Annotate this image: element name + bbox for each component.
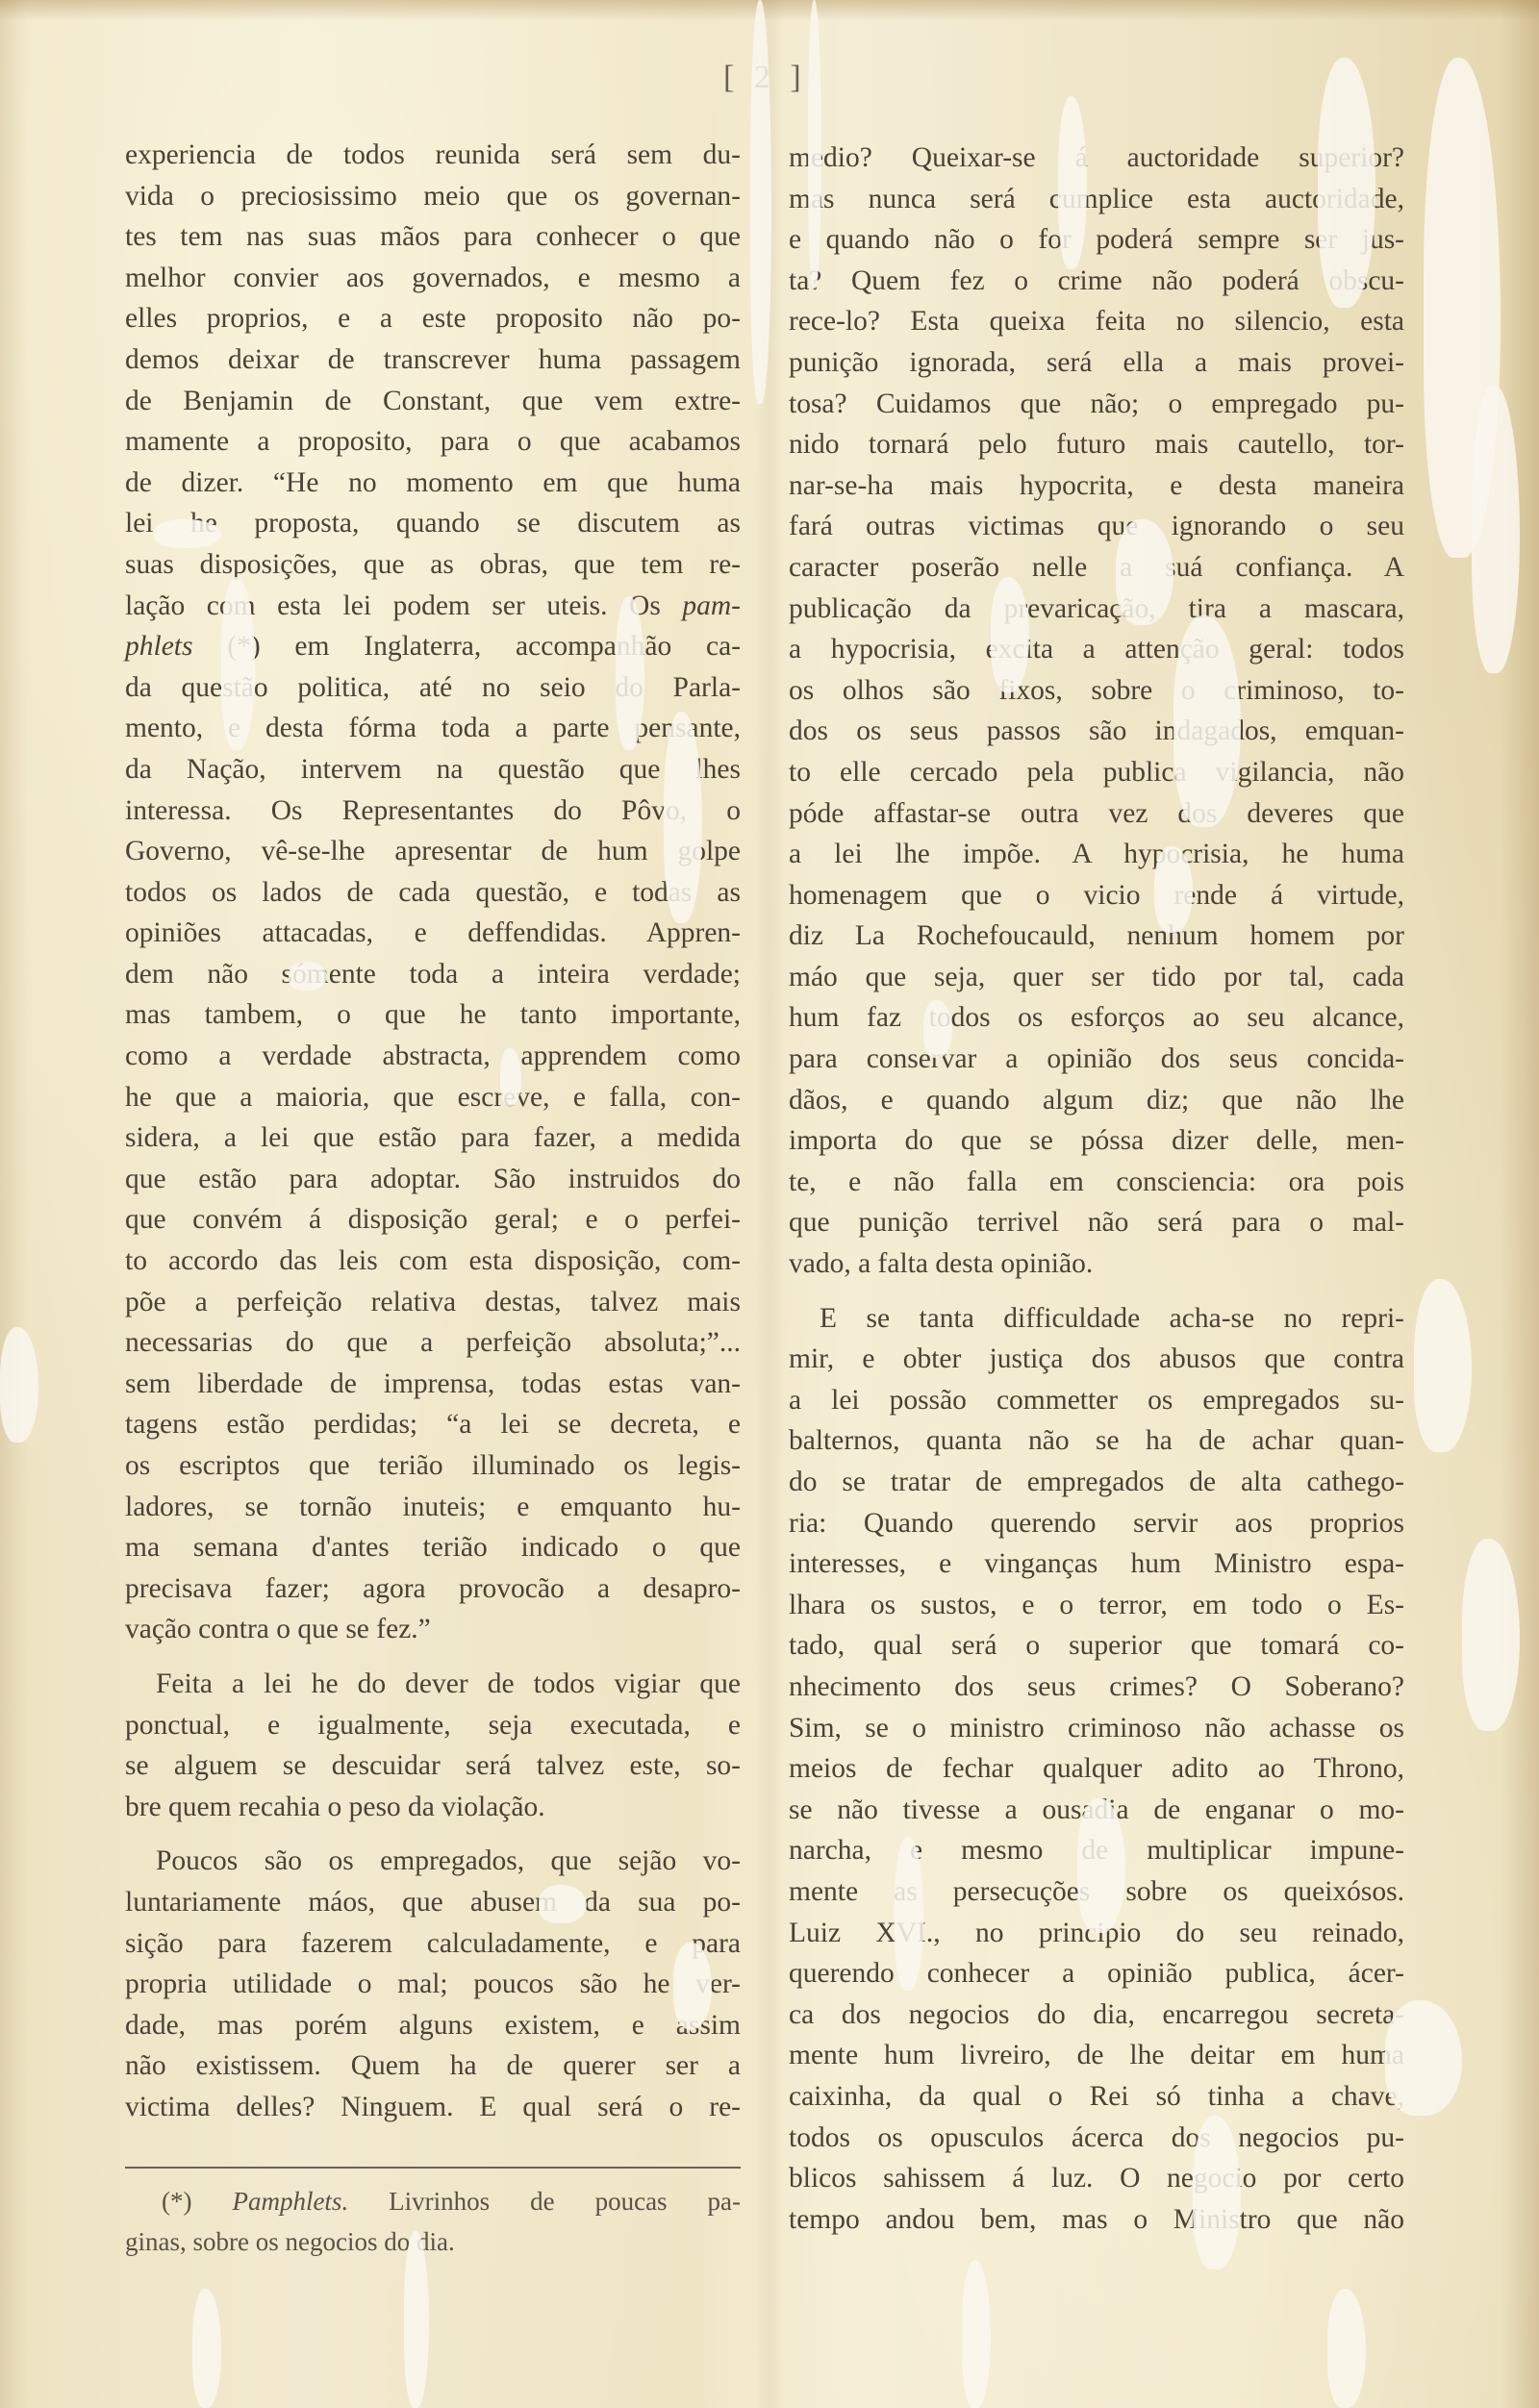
right-line: querendo conhecer a opinião publica, áce… [789, 1953, 1404, 1994]
newspaper-page: [ 2 ] experiencia de todos reunida será … [0, 0, 1539, 2408]
left-line: mamente a proposito, para o que acabamos [125, 421, 741, 463]
right-line: meios de fechar qualquer adito ao Throno… [789, 1748, 1404, 1790]
left-line: mas tambem, o que he tanto importante, [125, 994, 741, 1036]
paper-stain [1424, 58, 1501, 558]
page-number: [ 2 ] [723, 60, 807, 96]
right-line: blicos sahissem á luz. O negocio por cer… [789, 2158, 1404, 2199]
left-line: que convém á disposição geral; e o perfe… [125, 1199, 741, 1241]
left-line: tes tem nas suas mãos para conhecer o qu… [125, 216, 741, 258]
paper-stain [962, 2260, 991, 2408]
right-line: ca dos negocios do dia, encarregou secre… [789, 1994, 1404, 2036]
left-line: de Benjamin de Constant, que vem extre- [125, 381, 741, 422]
right-line: to elle cercado pela publica vigilancia,… [789, 752, 1404, 793]
right-line: todos os opusculos ácerca dos negocios p… [789, 2118, 1404, 2159]
left-line: lação com esta lei podem ser uteis. Os p… [125, 586, 741, 627]
left-line: se alguem se descuidar será talvez este,… [125, 1745, 741, 1787]
right-line: vado, a falta desta opinião. [789, 1243, 1404, 1285]
right-line: os olhos são fixos, sobre o criminoso, t… [789, 670, 1404, 712]
left-line: sidera, a lei que estão para fazer, a me… [125, 1117, 741, 1159]
right-line: medio? Queixar-se á auctoridade superior… [789, 138, 1404, 179]
footnote-term: Pamphlets. [232, 2187, 348, 2216]
left-line: de dizer. “He no momento em que huma [125, 463, 741, 504]
right-line: lhara os sustos, e o terror, em todo o E… [789, 1585, 1404, 1626]
right-line: mas nunca será cumplice esta auctoridade… [789, 179, 1404, 220]
right-line: te, e não falla em consciencia: ora pois [789, 1162, 1404, 1203]
left-line: suas disposições, que as obras, que tem … [125, 544, 741, 586]
right-line: caixinha, da qual o Rei só tinha a chave… [789, 2076, 1404, 2118]
paper-stain [1462, 1539, 1520, 1731]
left-line: põe a perfeição relativa destas, talvez … [125, 1282, 741, 1323]
right-line: mente as persecuções sobre os queixósos. [789, 1871, 1404, 1913]
left-edge-discoloration [0, 0, 29, 2408]
left-line: victima delles? Ninguem. E qual será o r… [125, 2087, 741, 2128]
left-line: vida o preciosissimo meio que os governa… [125, 176, 741, 217]
right-line: se não tivesse a ousadia de enganar o mo… [789, 1790, 1404, 1831]
right-line: caracter poserão nelle a suá confiança. … [789, 547, 1404, 589]
paragraph-gap [789, 1285, 1404, 1298]
left-line: sição para fazerem calculadamente, e par… [125, 1923, 741, 1965]
right-edge-discoloration [1501, 0, 1539, 2408]
right-line: homenagem que o vicio rende á virtude, [789, 875, 1404, 916]
footnote-line-1: (*) Pamphlets. Livrinhos de poucas pa- [125, 2181, 741, 2221]
footnote-marker: (*) [162, 2187, 191, 2216]
right-line: do se tratar de empregados de alta cathe… [789, 1462, 1404, 1503]
right-line: interesses, e vinganças hum Ministro esp… [789, 1543, 1404, 1585]
left-line: Poucos são os empregados, que sejão vo- [125, 1841, 741, 1882]
right-line: fará outras victimas que ignorando o seu [789, 506, 1404, 547]
left-line: os escriptos que terião illuminado os le… [125, 1445, 741, 1487]
right-line: a lei lhe impõe. A hypocrisia, he huma [789, 834, 1404, 875]
right-line: E se tanta difficuldade acha-se no repri… [789, 1298, 1404, 1340]
right-line: tempo andou bem, mas o Ministro que não [789, 2199, 1404, 2241]
footnote-text: Livrinhos de poucas pa- [389, 2187, 741, 2216]
right-line: tosa? Cuidamos que não; o empregado pu- [789, 384, 1404, 425]
right-line: a hypocrisia, excita a attenção geral: t… [789, 629, 1404, 670]
right-line: dos os seus passos são indagados, emquan… [789, 711, 1404, 752]
left-line: he que a maioria, que escreve, e falla, … [125, 1077, 741, 1118]
left-line: mento, e desta fórma toda a parte pensan… [125, 708, 741, 749]
left-line: luntariamente máos, que abusem da sua po… [125, 1882, 741, 1923]
right-line: Sim, se o ministro criminoso não achasse… [789, 1708, 1404, 1749]
page-top-edge [0, 0, 1539, 21]
left-line: propria utilidade o mal; poucos são he v… [125, 1964, 741, 2005]
right-line: diz La Rochefoucauld, nenhum homem por [789, 916, 1404, 957]
left-line: elles proprios, e a este proposito não p… [125, 298, 741, 339]
right-line: dãos, e quando algum diz; que não lhe [789, 1080, 1404, 1121]
right-line: publicação da prevaricação, tira a masca… [789, 589, 1404, 630]
right-line: nhecimento dos seus crimes? O Soberano? [789, 1667, 1404, 1708]
footnote-divider [125, 2167, 741, 2169]
paper-stain [1472, 385, 1520, 673]
paper-stain [1327, 2289, 1366, 2408]
left-line: phlets (*) em Inglaterra, accompanhão ca… [125, 626, 741, 667]
left-line: Feita a lei he do dever de todos vigiar … [125, 1664, 741, 1705]
footnote: (*) Pamphlets. Livrinhos de poucas pa- g… [125, 2181, 741, 2262]
right-line: ta? Quem fez o crime não poderá obscu- [789, 261, 1404, 302]
left-line: melhor convier aos governados, e mesmo a [125, 258, 741, 299]
left-line: experiencia de todos reunida será sem du… [125, 135, 741, 176]
left-line: sem liberdade de imprensa, todas estas v… [125, 1364, 741, 1405]
right-line: hum faz todos os esforços ao seu alcance… [789, 997, 1404, 1039]
left-line: que estão para adoptar. São instruidos d… [125, 1159, 741, 1200]
right-line: tado, qual será o superior que tomará co… [789, 1625, 1404, 1667]
right-line: rece-lo? Esta queixa feita no silencio, … [789, 301, 1404, 342]
right-line: póde affastar-se outra vez dos deveres q… [789, 793, 1404, 835]
left-line: da questão politica, até no seio do Parl… [125, 667, 741, 709]
right-line: nar-se-ha mais hypocrita, e desta maneir… [789, 465, 1404, 507]
paper-stain [1414, 1279, 1472, 1452]
paper-stain [192, 2289, 221, 2408]
left-line: Governo, vê-se-lhe apresentar de hum gol… [125, 831, 741, 872]
paper-stain [0, 1327, 38, 1442]
left-line: opiniões attacadas, e deffendidas. Appre… [125, 913, 741, 954]
right-line: a lei possão commetter os empregados su- [789, 1380, 1404, 1421]
left-line: demos deixar de transcrever huma passage… [125, 339, 741, 381]
left-line: ponctual, e igualmente, seja executada, … [125, 1705, 741, 1746]
left-line: dem não sómente toda a inteira verdade; [125, 954, 741, 995]
left-line: necessarias do que a perfeição absoluta;… [125, 1322, 741, 1364]
left-line: todos os lados de cada questão, e todas … [125, 872, 741, 914]
left-line: lei he proposta, quando se discutem as [125, 503, 741, 544]
right-line: importa do que se póssa dizer delle, men… [789, 1120, 1404, 1162]
right-text-column: medio? Queixar-se á auctoridade superior… [789, 138, 1404, 2240]
right-line: mente hum livreiro, de lhe deitar em hum… [789, 2035, 1404, 2076]
right-line: ria: Quando querendo servir aos proprios [789, 1503, 1404, 1544]
left-line: dade, mas porém alguns existem, e assim [125, 2005, 741, 2046]
left-line: vação contra o que se fez.” [125, 1609, 741, 1650]
left-line: não existissem. Quem ha de querer ser a [125, 2045, 741, 2087]
right-line: e quando não o for poderá sempre ser jus… [789, 219, 1404, 261]
left-text-column: experiencia de todos reunida será sem du… [125, 135, 741, 2128]
left-line: to accordo das leis com esta disposição,… [125, 1241, 741, 1282]
center-fold [755, 0, 784, 2408]
right-line: para conservar a opinião dos seus concid… [789, 1039, 1404, 1080]
left-line: interessa. Os Representantes do Pôvo, o [125, 790, 741, 832]
left-line: tagens estão perdidas; “a lei se decreta… [125, 1404, 741, 1445]
footnote-line-2: ginas, sobre os negocios do dia. [125, 2221, 741, 2262]
right-line: que punição terrivel não será para o mal… [789, 1202, 1404, 1243]
left-line: ladores, se tornão inuteis; e emquanto h… [125, 1487, 741, 1528]
right-line: mir, e obter justiça dos abusos que cont… [789, 1339, 1404, 1380]
left-line: da Nação, intervem na questão que lhes [125, 749, 741, 790]
right-line: punição ignorada, será ella a mais prove… [789, 342, 1404, 384]
paragraph-gap [125, 1650, 741, 1664]
left-line: precisava fazer; agora provocão a desapr… [125, 1568, 741, 1610]
left-line: como a verdade abstracta, apprendem como [125, 1036, 741, 1077]
right-line: narcha, e mesmo de multiplicar impune- [789, 1830, 1404, 1871]
left-line: bre quem recahia o peso da violação. [125, 1787, 741, 1828]
left-line: ma semana d'antes terião indicado o que [125, 1527, 741, 1568]
right-line: Luiz XVI., no principio do seu reinado, [789, 1913, 1404, 1954]
right-line: balternos, quanta não se ha de achar qua… [789, 1420, 1404, 1462]
right-line: máo que seja, quer ser tido por tal, cad… [789, 957, 1404, 998]
paragraph-gap [125, 1827, 741, 1841]
right-line: nido tornará pelo futuro mais cautello, … [789, 424, 1404, 465]
